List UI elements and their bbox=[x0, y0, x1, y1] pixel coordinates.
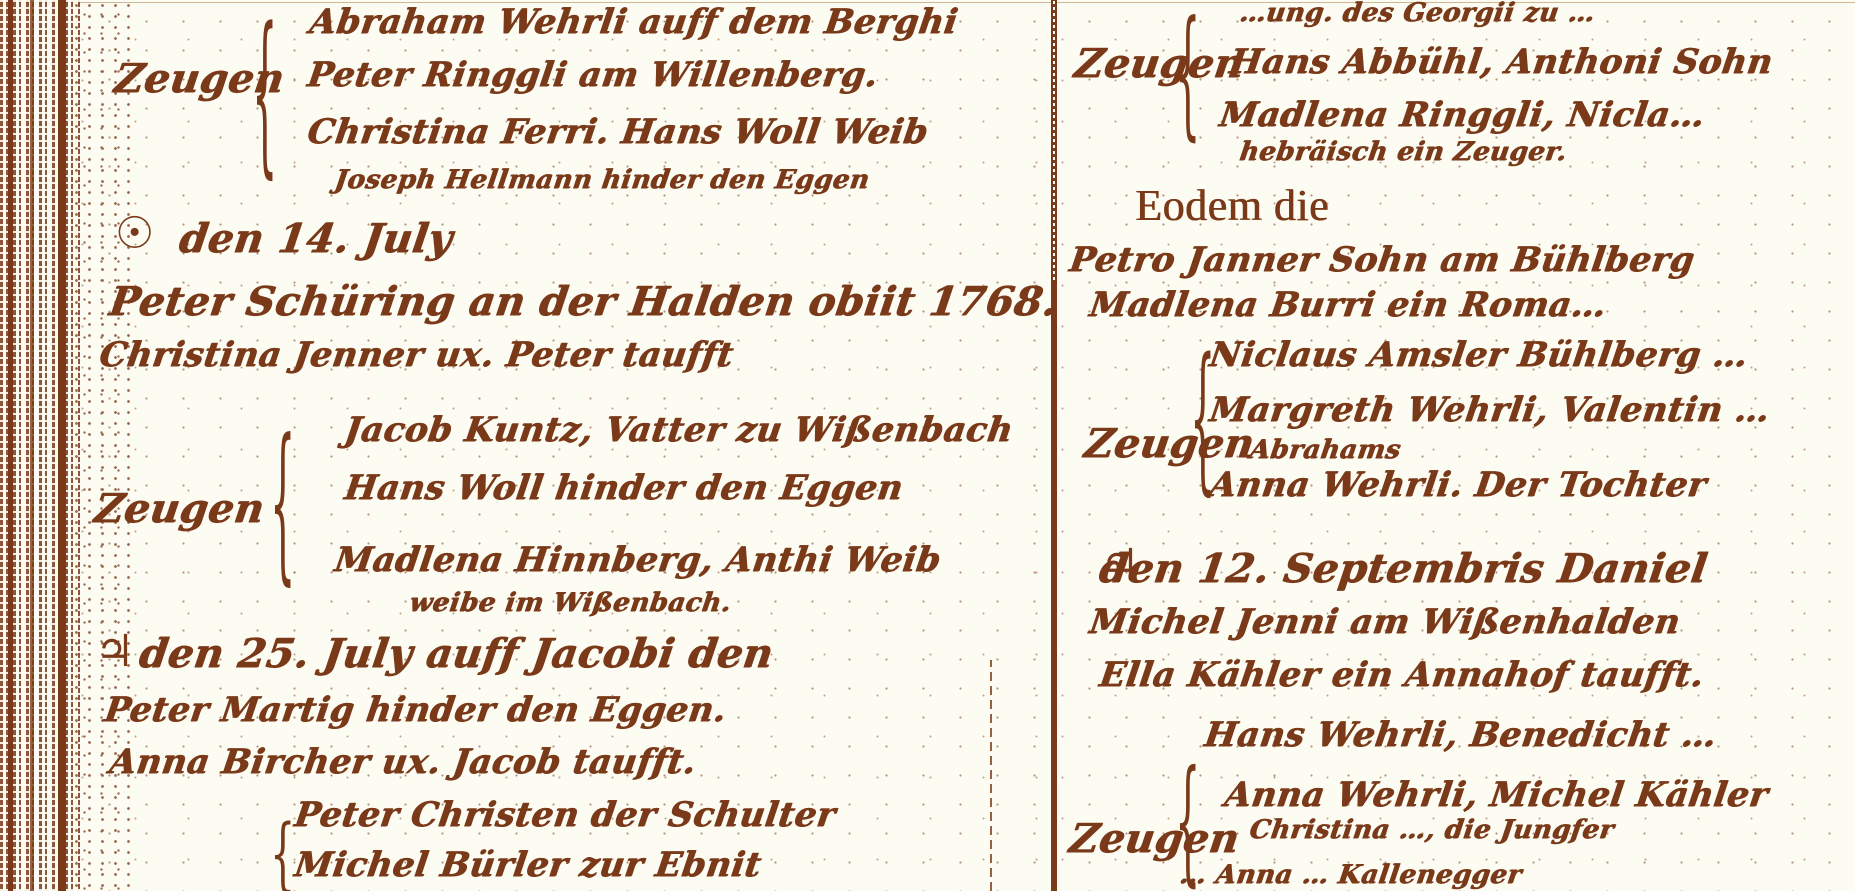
witnesses-label: Zeugen bbox=[1067, 815, 1243, 862]
handwritten-line: Hans Abbühl, Anthoni Sohn bbox=[1227, 42, 1775, 82]
witness-brace: { bbox=[270, 420, 295, 590]
page-divider-detail bbox=[1053, 0, 1055, 280]
handwritten-line: Peter Christen der Schulter bbox=[292, 795, 838, 835]
witness-brace: { bbox=[1190, 340, 1215, 500]
witnesses-label: Zeugen bbox=[1072, 40, 1248, 87]
handwritten-line: Christina Jenner ux. Peter taufft bbox=[97, 335, 736, 375]
handwritten-line: Petro Janner Sohn am Bühlberg bbox=[1067, 240, 1697, 280]
handwritten-line: Jacob Kuntz, Vatter zu Wißenbach bbox=[342, 410, 1016, 450]
binding-streak bbox=[58, 0, 66, 891]
handwritten-line: den 12. Septembris Daniel bbox=[1097, 545, 1711, 592]
sun-symbol-icon: ☉ bbox=[115, 208, 154, 259]
handwritten-line: Joseph Hellmann hinder den Eggen bbox=[333, 165, 872, 195]
handwritten-line: Peter Martig hinder den Eggen. bbox=[102, 690, 729, 730]
handwritten-line: hebräisch ein Zeuger. bbox=[1238, 137, 1569, 167]
handwritten-line: den 14. July bbox=[177, 215, 456, 262]
witnesses-label: Zeugen bbox=[92, 485, 268, 532]
witness-brace: { bbox=[1175, 755, 1200, 891]
handwritten-line: weibe im Wißenbach. bbox=[408, 588, 733, 618]
handwritten-line: den 25. July auff Jacobi den bbox=[137, 630, 777, 677]
left-page: Abraham Wehrli auff dem BerghiZeugenPete… bbox=[80, 0, 1050, 891]
right-page: …ung. des Georgii zu …ZeugenHans Abbühl,… bbox=[1060, 0, 1855, 891]
handwritten-line: Anna Bircher ux. Jacob taufft. bbox=[107, 742, 699, 782]
handwritten-line: Abrahams bbox=[1248, 435, 1403, 465]
handwritten-line: …ung. des Georgii zu … bbox=[1238, 0, 1597, 28]
witness-brace: { bbox=[252, 8, 277, 183]
handwritten-line: Michel Jenni am Wißenhalden bbox=[1087, 602, 1683, 642]
scanned-register-spread: Abraham Wehrli auff dem BerghiZeugenPete… bbox=[0, 0, 1855, 891]
handwritten-line: Peter Ringgli am Willenberg. bbox=[305, 55, 881, 95]
handwritten-line: Anna Wehrli. Der Tochter bbox=[1207, 465, 1709, 505]
witness-brace: { bbox=[270, 815, 295, 891]
handwritten-line: Margreth Wehrli, Valentin … bbox=[1207, 390, 1772, 430]
binding-streak bbox=[30, 0, 34, 891]
handwritten-line: Madlena Hinnberg, Anthi Weib bbox=[332, 540, 943, 580]
handwritten-line: Hans Woll hinder den Eggen bbox=[342, 468, 906, 508]
handwritten-line: Niclaus Amsler Bühlberg … bbox=[1207, 335, 1750, 375]
handwritten-line: Hans Wehrli, Benedicht … bbox=[1202, 715, 1719, 755]
jupiter-symbol-icon: ♃ bbox=[95, 626, 134, 677]
handwritten-line: Christina Ferri. Hans Woll Weib bbox=[305, 112, 931, 152]
witness-brace: { bbox=[1175, 5, 1200, 145]
handwritten-line: Michel Bürler zur Ebnit bbox=[292, 845, 764, 885]
handwritten-line: Christina …, die Jungfer bbox=[1248, 815, 1616, 845]
handwritten-line: Abraham Wehrli auff dem Berghi bbox=[307, 2, 960, 42]
handwritten-line: Ella Kähler ein Annahof taufft. bbox=[1097, 655, 1706, 695]
handwritten-line: Madlena Ringgli, Nicla… bbox=[1217, 95, 1707, 135]
handwritten-line: … Anna … Kallenegger bbox=[1178, 860, 1524, 890]
handwritten-line: Eodem die bbox=[1135, 180, 1329, 231]
handwritten-line: Anna Wehrli, Michel Kähler bbox=[1222, 775, 1771, 815]
binding-streak bbox=[8, 0, 13, 891]
handwritten-line: Madlena Burri ein Roma… bbox=[1087, 285, 1609, 325]
jupiter-symbol-icon: ♃ bbox=[1100, 540, 1139, 591]
handwritten-line: Peter Schüring an der Halden obiit 1768. bbox=[107, 278, 1061, 325]
